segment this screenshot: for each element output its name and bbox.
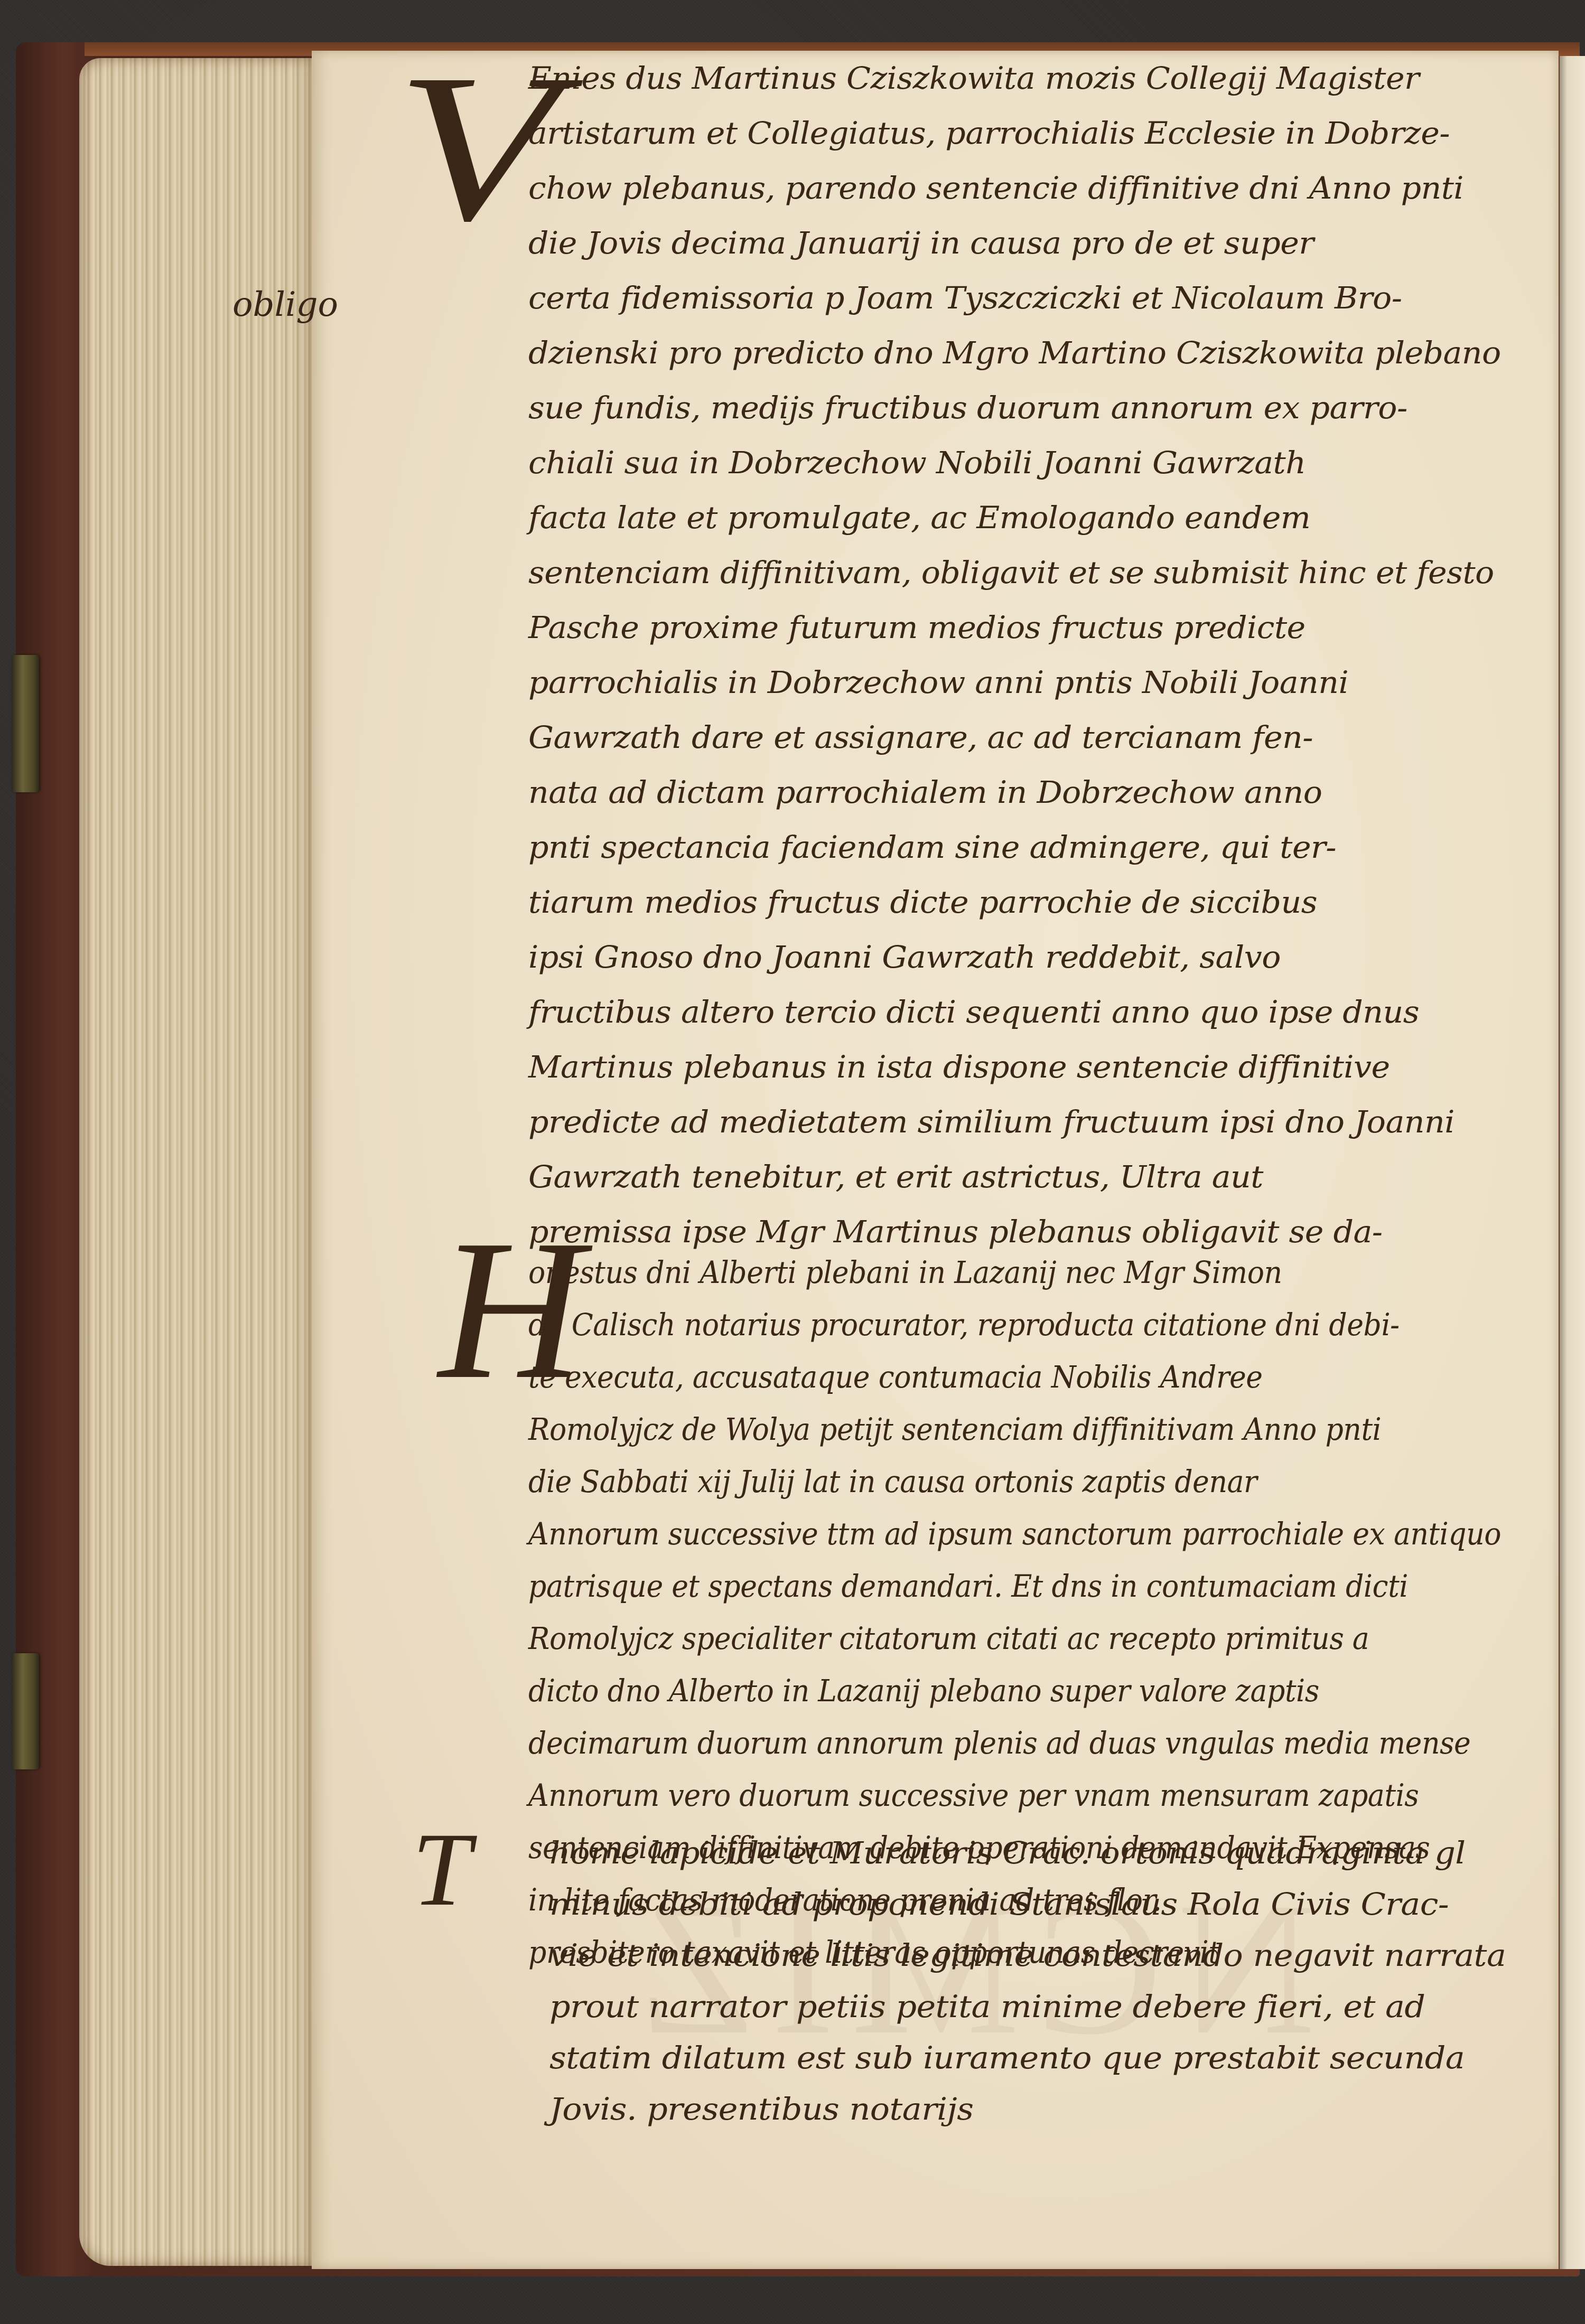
text-line: te executa, accusataque contumacia Nobil… xyxy=(528,1351,1501,1403)
metal-clasp-top xyxy=(12,655,39,792)
text-line: sue fundis, medijs fructibus duorum anno… xyxy=(528,380,1501,435)
metal-clasp-bottom xyxy=(12,1653,39,1769)
text-line: chow plebanus, parendo sentencie diffini… xyxy=(528,161,1501,215)
text-line: Jovis. presentibus notarijs xyxy=(549,2084,1506,2135)
text-line: minus debiti ad proponendi Stanislaus Ro… xyxy=(549,1879,1506,1930)
text-line: sentenciam diffinitivam, obligavit et se… xyxy=(528,545,1501,600)
text-line: Romolyjcz specialiter citatorum citati a… xyxy=(528,1613,1501,1665)
text-line: home lapicide et Muratoris Crac. ortonis… xyxy=(549,1828,1506,1879)
text-line: decimarum duorum annorum plenis ad duas … xyxy=(528,1717,1501,1769)
text-line: Annorum successive ttm ad ipsum sanctoru… xyxy=(528,1508,1501,1560)
page-block-fore-edge xyxy=(79,58,317,2266)
text-line: Martinus plebanus in ista dispone senten… xyxy=(528,1039,1501,1094)
text-line: tiarum medios fructus dicte parrochie de… xyxy=(528,875,1501,930)
margin-note: obligo xyxy=(232,285,338,324)
text-line: Enies dus Martinus Cziszkowita mozis Col… xyxy=(528,51,1501,106)
text-line: statim dilatum est sub iuramento que pre… xyxy=(549,2032,1506,2084)
text-line: prout narrator petiis petita minime debe… xyxy=(549,1981,1506,2032)
text-line: predicte ad medietatem similium fructuum… xyxy=(528,1094,1501,1149)
text-line: chiali sua in Dobrzechow Nobili Joanni G… xyxy=(528,435,1501,490)
paragraph-1: Enies dus Martinus Cziszkowita mozis Col… xyxy=(528,51,1466,1259)
text-line: patrisque et spectans demandari. Et dns … xyxy=(528,1560,1501,1613)
text-line: Annorum vero duorum successive per vnam … xyxy=(528,1769,1501,1822)
text-line: die Sabbati xij Julij lat in causa orton… xyxy=(528,1456,1501,1508)
text-line: fructibus altero tercio dicti sequenti a… xyxy=(528,985,1501,1039)
text-line: Gawrzath dare et assignare, ac ad tercia… xyxy=(528,710,1501,765)
text-line: Pasche proxime futurum medios fructus pr… xyxy=(528,600,1501,655)
initial-letter-t: T xyxy=(412,1817,471,1923)
text-line: de Calisch notarius procurator, reproduc… xyxy=(528,1299,1501,1351)
text-line: certa fidemissoria p Joam Tyszcziczki et… xyxy=(528,270,1501,325)
text-line: parrochialis in Dobrzechow anni pntis No… xyxy=(528,655,1501,710)
text-line: vie et intencione litis legitime contest… xyxy=(549,1930,1506,1981)
text-line: pnti spectancia faciendam sine admingere… xyxy=(528,820,1501,875)
text-line: ipsi Gnoso dno Joanni Gawrzath reddebit,… xyxy=(528,930,1501,985)
text-line: die Jovis decima Januarij in causa pro d… xyxy=(528,215,1501,270)
text-line: onestus dni Alberti plebani in Lazanij n… xyxy=(528,1247,1501,1299)
text-line: artistarum et Collegiatus, parrochialis … xyxy=(528,106,1501,161)
text-line: nata ad dictam parrochialem in Dobrzecho… xyxy=(528,765,1501,820)
paragraph-3: home lapicide et Muratoris Crac. ortonis… xyxy=(549,1828,1446,2135)
text-line: Gawrzath tenebitur, et erit astrictus, U… xyxy=(528,1149,1501,1204)
text-line: facta late et promulgate, ac Emologando … xyxy=(528,490,1501,545)
text-line: Romolyjcz de Wolya petijt sentenciam dif… xyxy=(528,1403,1501,1456)
text-line: dicto dno Alberto in Lazanij plebano sup… xyxy=(528,1665,1501,1717)
text-line: dzienski pro predicto dno Mgro Martino C… xyxy=(528,325,1501,380)
